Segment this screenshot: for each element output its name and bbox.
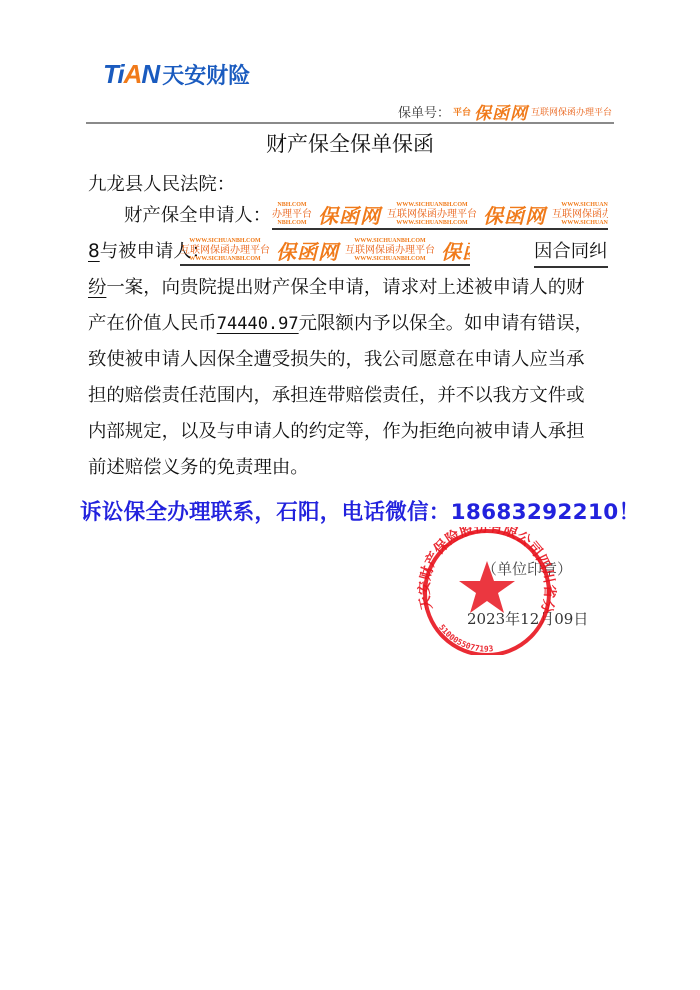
document-title: 财产保全保单保函 [0, 128, 700, 158]
body-line-4: 产在价值人民币74440.97元限额内予以保全。如申请有错误， [88, 306, 593, 342]
watermark-logo-icon: 保函网 [483, 200, 546, 229]
header-divider [86, 122, 614, 124]
guarantee-amount: 74440.97 [217, 314, 299, 334]
logo-chinese-name: 天安财险 [162, 59, 250, 90]
watermark-logo-icon: 保函网 [318, 200, 381, 229]
body-line-7: 内部规定，以及与申请人的约定等，作为拒绝向被申请人承担 [88, 414, 585, 450]
body-line-3: 纷一案，向贵院提出财产保全申请，请求对上述被申请人的财 [88, 270, 585, 306]
policy-number: 保单号： 平台 保函网 互联网保函办理平台 [398, 100, 612, 122]
body-line-5: 致使被申请人因保全遭受损失的，我公司愿意在申请人应当承 [88, 342, 585, 378]
watermark-logo-icon: 保函网 [474, 99, 528, 124]
company-logo: TiAN 天安财险 [103, 60, 250, 88]
applicant-field-watermark: NBH.COM办理平台NBH.COM 保函网 WWW.SICHUANBH.COM… [272, 200, 608, 230]
case-reason-suffix: 因合同纠 [534, 234, 608, 270]
respondent-field-watermark: WWW.SICHUANBH.COM互联网保函办理平台WWW.SICHUANBH.… [180, 236, 470, 266]
contact-info: 诉讼保全办理联系，石阳，电话微信：18683292210！ [80, 495, 640, 526]
logo-tian-wordmark: TiAN [103, 59, 159, 90]
watermark-logo-icon: 保函网 [441, 236, 470, 265]
respondent-prefix: 8 [88, 241, 100, 262]
policy-number-label: 保单号： [398, 102, 450, 121]
body-line-6: 担的赔偿责任范围内，承担连带赔偿责任，并不以我方文件或 [88, 378, 585, 414]
case-reason-underline [534, 266, 608, 268]
watermark-logo-icon: 保函网 [276, 236, 339, 265]
policy-number-watermark: 平台 保函网 互联网保函办理平台 [453, 99, 612, 124]
company-seal-icon: 天安财产保险股份有限公司四川省分公司 5100055077193 [412, 527, 562, 655]
body-line-8: 前述赔偿义务的免责理由。 [88, 450, 309, 486]
applicant-label: 财产保全申请人： [124, 198, 271, 234]
